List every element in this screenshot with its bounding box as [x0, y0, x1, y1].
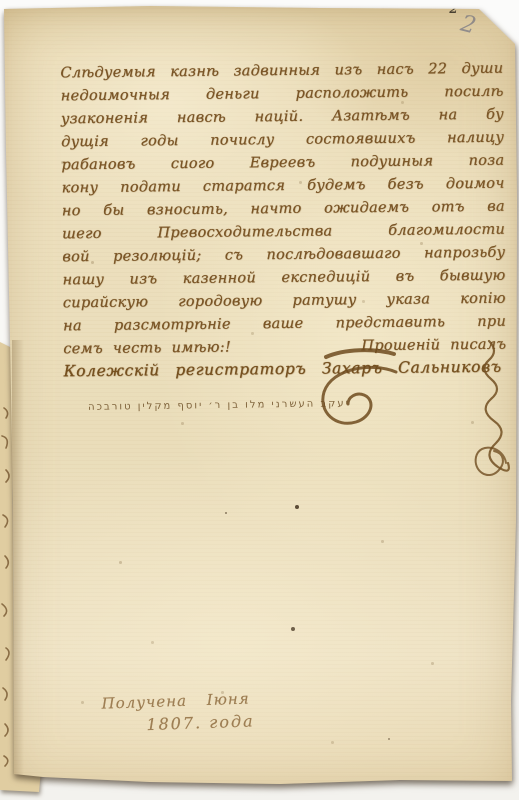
paper-dark-specks [0, 0, 2, 2]
scanned-manuscript-page: 2 2 Слѣдуемыя казнѣ задвинныя изъ насъ 2… [0, 0, 519, 800]
manuscript-sheet: 2 2 Слѣдуемыя казнѣ задвинныя изъ насъ 2… [0, 0, 519, 800]
page-number-pencil: 2 [458, 12, 478, 39]
received-annotation: Получена Іюня 1807. года [101, 687, 255, 738]
paper-speckles [0, 0, 1, 1]
hebrew-signature-note: יעקב העשרני מלו בן ר׳ יוסף מקלין טורבכה [83, 397, 355, 415]
left-edge-shadow [12, 340, 24, 778]
page-number-stamp: 2 [448, 2, 458, 16]
manuscript-text-block: Слѣдуемыя казнѣ задвинныя изъ насъ 22 ду… [60, 58, 506, 385]
received-line2: 1807. года [146, 709, 255, 737]
flourish-squiggle-loop [476, 448, 506, 475]
signature-line: Колежскій регистраторъ Захаръ Сальниковъ [63, 354, 506, 385]
manuscript-sheet-wrap: 2 2 Слѣдуемыя казнѣ задвинныя изъ насъ 2… [0, 0, 519, 800]
